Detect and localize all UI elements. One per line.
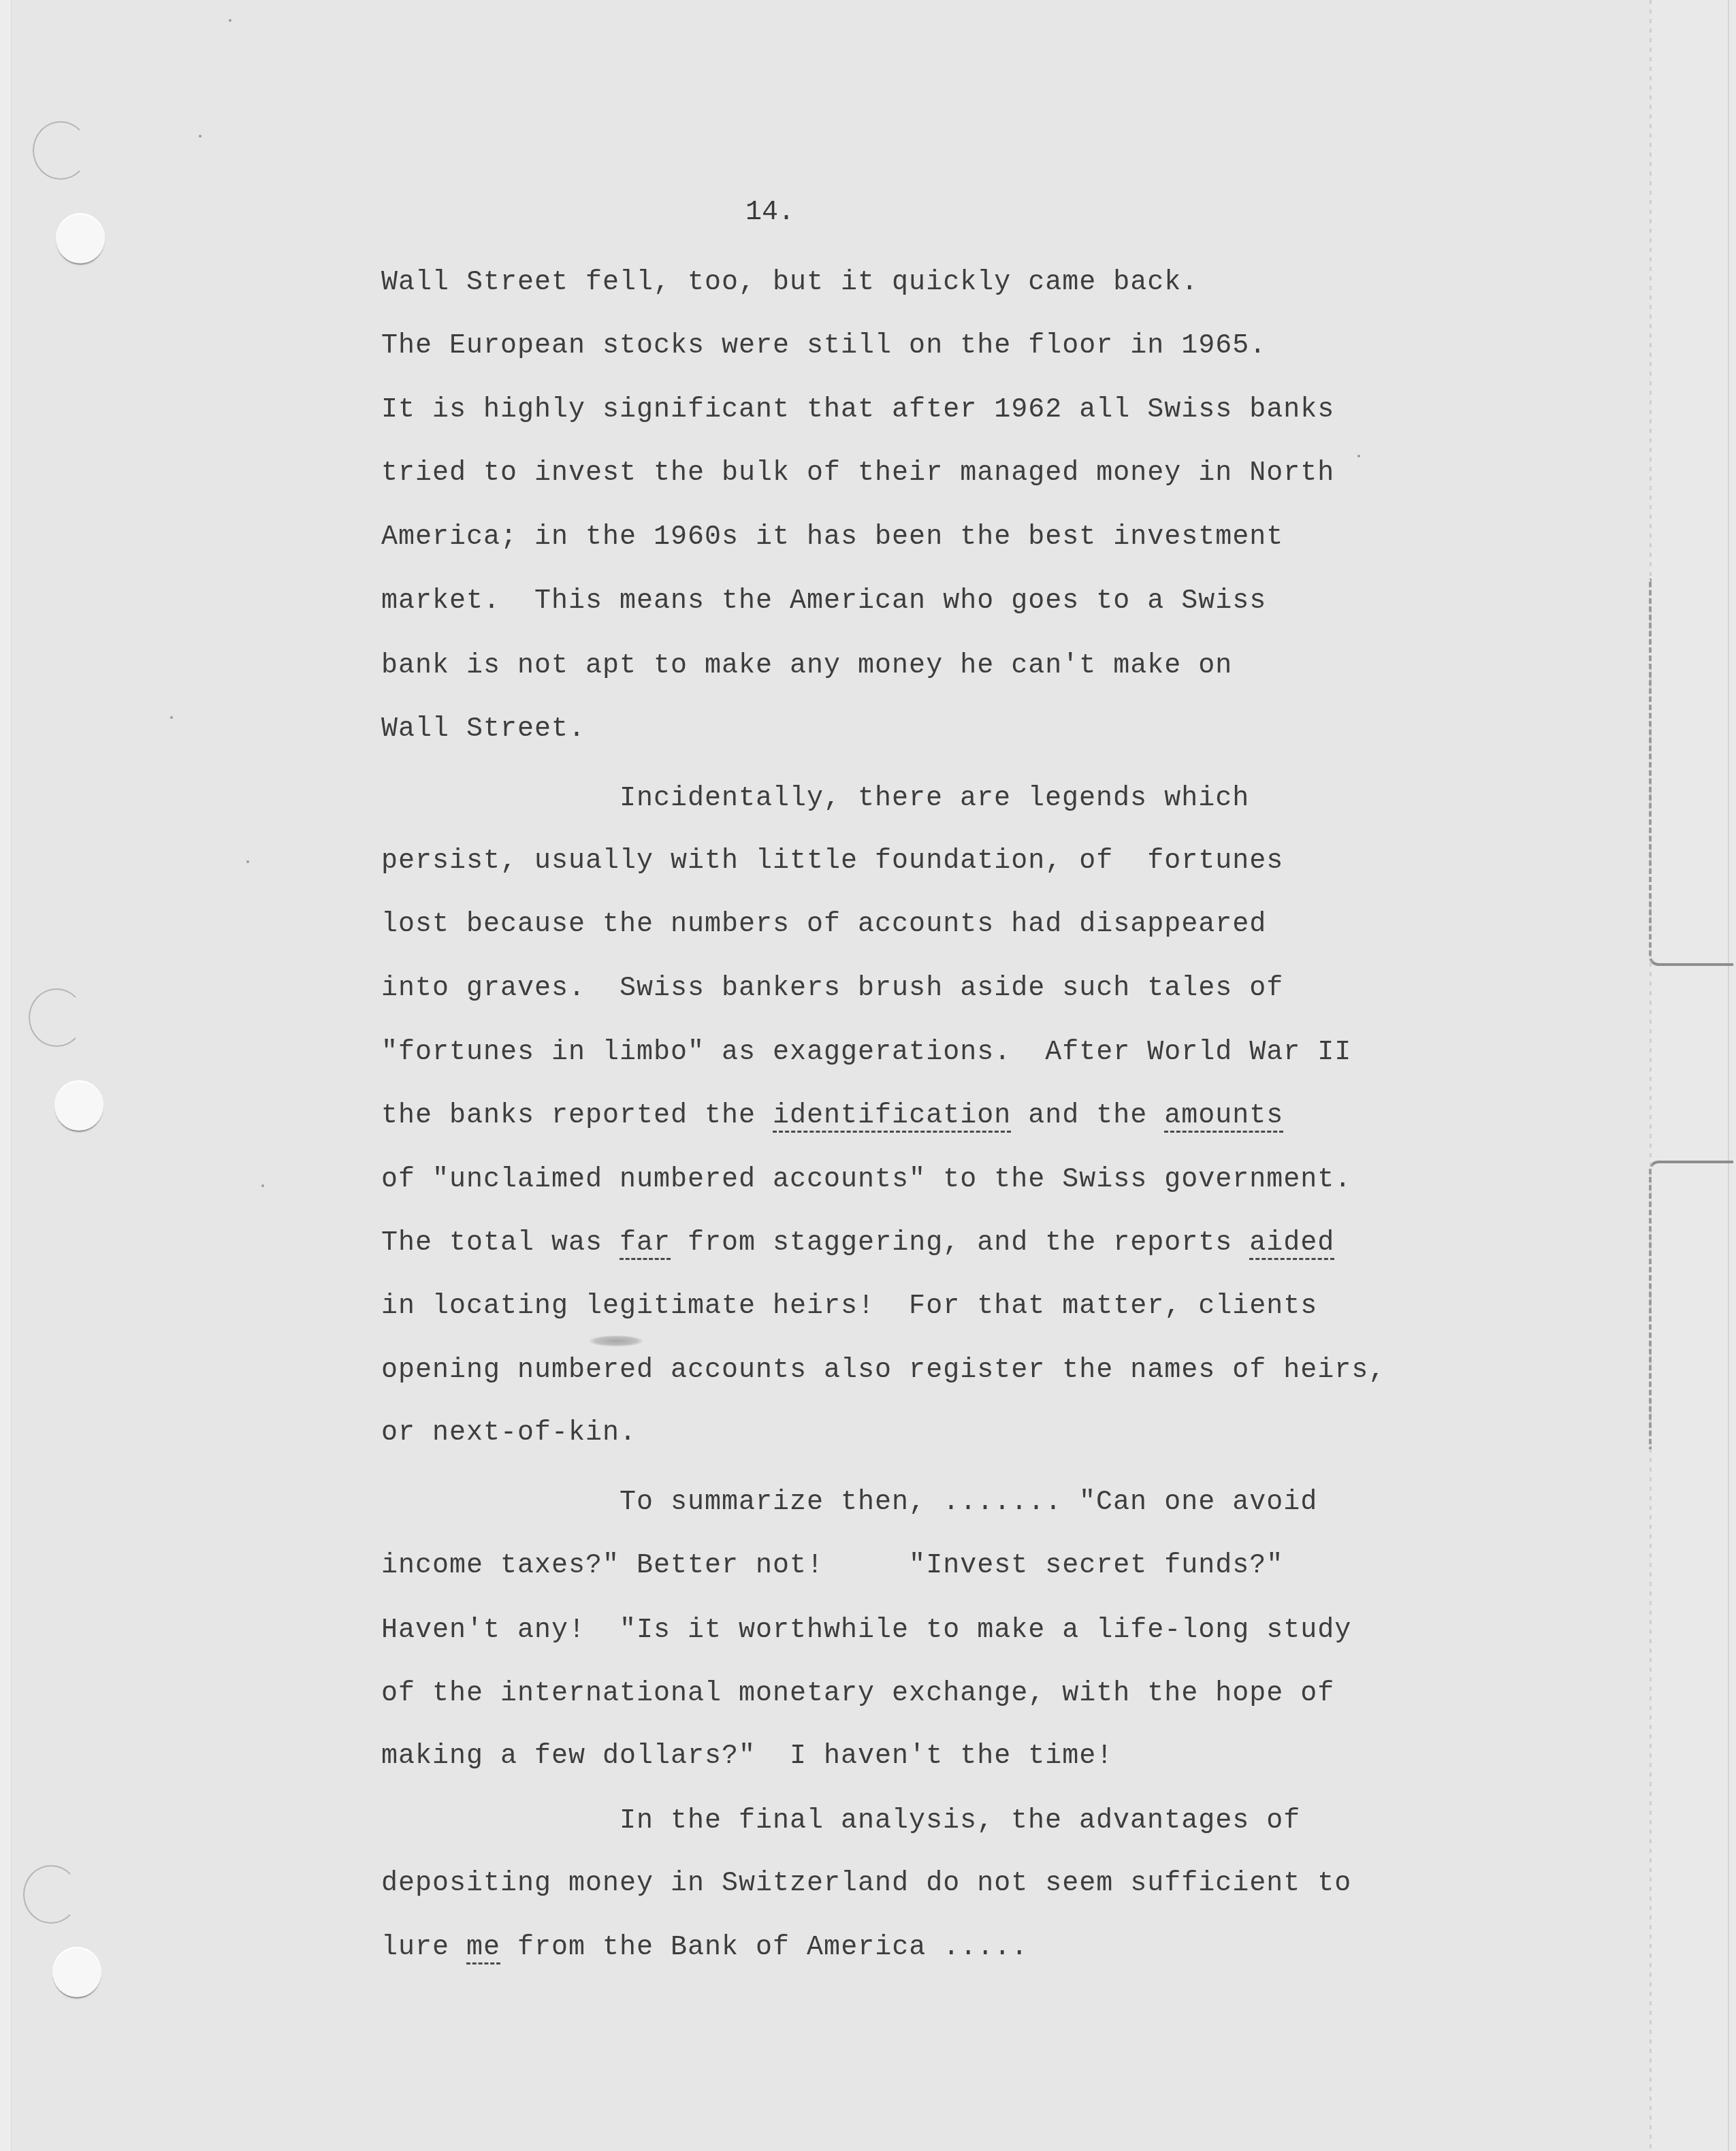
text-segment: and the xyxy=(1011,1101,1164,1131)
text-line: bank is not apt to make any money he can… xyxy=(381,649,1232,684)
binder-hole-icon xyxy=(54,1080,103,1131)
text-line: In the final analysis, the advantages of xyxy=(620,1804,1300,1839)
paper-speck xyxy=(170,716,173,719)
page-number: 14. xyxy=(745,197,794,228)
text-line: or next-of-kin. xyxy=(381,1416,637,1451)
page-right-edge xyxy=(1728,0,1729,2151)
text-line: income taxes?" Better not! "Invest secre… xyxy=(381,1549,1283,1584)
text-line: depositing money in Switzerland do not s… xyxy=(381,1866,1351,1902)
page-left-edge xyxy=(0,0,12,2151)
paper-speck xyxy=(246,860,249,863)
text-segment: from staggering, and the reports xyxy=(671,1228,1249,1259)
text-line: of the international monetary exchange, … xyxy=(381,1677,1334,1712)
underlined-word: me xyxy=(466,1932,500,1963)
text-line: Haven't any! "Is it worthwhile to make a… xyxy=(381,1613,1351,1649)
text-segment: The total was xyxy=(381,1228,620,1259)
binder-hole-ring-icon xyxy=(33,121,89,180)
text-line: "fortunes in limbo" as exaggerations. Af… xyxy=(381,1035,1351,1071)
text-line: America; in the 1960s it has been the be… xyxy=(381,520,1283,555)
text-line: in locating legitimate heirs! For that m… xyxy=(381,1289,1317,1325)
text-line: making a few dollars?" I haven't the tim… xyxy=(381,1739,1113,1775)
tab-notch-upper xyxy=(1649,579,1733,966)
text-line: tried to invest the bulk of their manage… xyxy=(381,456,1334,491)
paper-speck xyxy=(229,19,231,22)
text-line: into graves. Swiss bankers brush aside s… xyxy=(381,971,1283,1007)
text-line: Wall Street fell, too, but it quickly ca… xyxy=(381,265,1198,301)
underlined-word: identification xyxy=(773,1101,1011,1131)
text-line: It is highly significant that after 1962… xyxy=(381,393,1334,428)
binder-tab-strip xyxy=(1651,0,1736,2151)
text-line-with-underlines: lure me from the Bank of America ..... xyxy=(381,1930,1028,1966)
text-segment: the banks reported the xyxy=(381,1101,773,1131)
text-line: opening numbered accounts also register … xyxy=(381,1353,1385,1389)
underlined-word: far xyxy=(620,1228,671,1259)
text-line: Incidentally, there are legends which xyxy=(620,781,1249,817)
text-line: of "unclaimed numbered accounts" to the … xyxy=(381,1163,1351,1198)
paper-speck xyxy=(1357,455,1360,457)
tab-notch-lower xyxy=(1649,1161,1733,1449)
text-line: market. This means the American who goes… xyxy=(381,584,1266,619)
binder-hole-ring-icon xyxy=(29,988,84,1047)
ink-smudge xyxy=(590,1336,643,1346)
text-segment: from the Bank of America ..... xyxy=(500,1932,1028,1963)
text-segment: lure xyxy=(381,1932,466,1963)
binder-hole-icon xyxy=(56,213,105,263)
binder-hole-ring-icon xyxy=(23,1865,79,1924)
text-line: persist, usually with little foundation,… xyxy=(381,844,1283,879)
binder-hole-icon xyxy=(52,1947,101,1997)
underlined-word: aided xyxy=(1249,1228,1334,1259)
paper-speck xyxy=(261,1184,264,1187)
tab-strip-fold-line xyxy=(1650,0,1652,2151)
text-line-with-underlines: the banks reported the identification an… xyxy=(381,1099,1283,1134)
text-line: lost because the numbers of accounts had… xyxy=(381,907,1266,943)
text-line: The European stocks were still on the fl… xyxy=(381,329,1266,364)
typewritten-page: 14. Wall Street fell, too, but it quickl… xyxy=(0,0,1736,2151)
text-line: Wall Street. xyxy=(381,712,585,747)
paper-speck xyxy=(199,135,202,138)
text-line-with-underlines: The total was far from staggering, and t… xyxy=(381,1226,1334,1261)
text-line: To summarize then, ....... "Can one avoi… xyxy=(620,1485,1317,1521)
underlined-word: amounts xyxy=(1164,1101,1283,1131)
